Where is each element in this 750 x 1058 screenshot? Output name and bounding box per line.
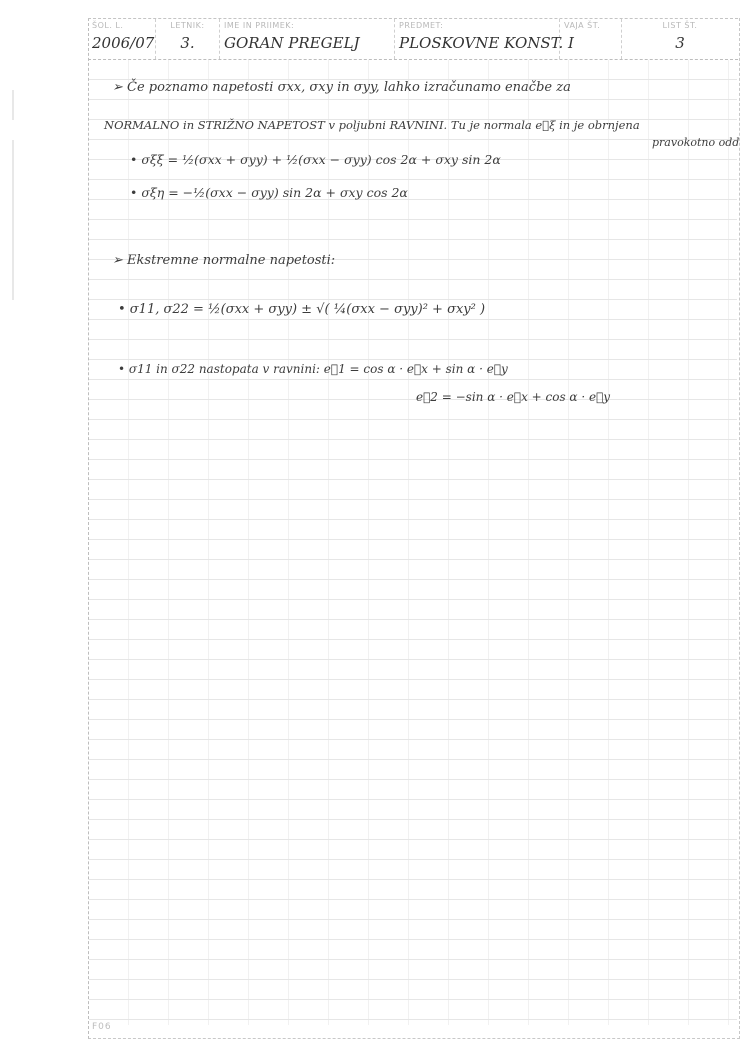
header-field-name: IME IN PRIIMEK: GORAN PREGELJ (220, 19, 395, 59)
field-value: 3 (626, 34, 734, 52)
field-value: GORAN PREGELJ (224, 34, 390, 52)
field-value: PLOSKOVNE KONST. I (399, 34, 555, 52)
note-principal-directions: • σ11 in σ22 nastopata v ravnini: e⃗1 = … (118, 362, 508, 376)
note-line: NORMALNO in STRIŽNO NAPETOST v poljubni … (104, 118, 640, 132)
header-field-exercise: VAJA ŠT. (560, 19, 622, 59)
header-field-year: LETNIK: 3. (156, 19, 220, 59)
field-label: VAJA ŠT. (564, 21, 617, 31)
note-line: ➢ Če poznamo napetosti σxx, σxy in σyy, … (112, 80, 571, 95)
form-code: F06 (92, 1022, 112, 1032)
field-label: LIST ŠT. (626, 21, 734, 31)
section-heading-extreme-stresses: ➢ Ekstremne normalne napetosti: (112, 253, 335, 268)
header-field-subject: PREDMET: PLOSKOVNE KONST. I (395, 19, 560, 59)
field-label: PREDMET: (399, 21, 555, 31)
header-table: ŠOL. L. 2006/07 LETNIK: 3. IME IN PRIIME… (88, 18, 738, 60)
formula-principal-stresses: • σ11, σ22 = ½(σxx + σyy) ± √( ¼(σxx − σ… (118, 302, 485, 317)
formula-shear-stress: • σξη = −½(σxx − σyy) sin 2α + σxy cos 2… (130, 185, 408, 200)
header-field-sheet: LIST ŠT. 3 (622, 19, 738, 59)
field-label: IME IN PRIIMEK: (224, 21, 390, 31)
field-label: LETNIK: (160, 21, 215, 31)
header-field-school-year: ŠOL. L. 2006/07 (88, 19, 156, 59)
field-label: ŠOL. L. (92, 21, 151, 31)
grid-paper (89, 60, 737, 1025)
field-value: 3. (160, 34, 215, 52)
formula-e2-direction: e⃗2 = −sin α · e⃗x + cos α · e⃗y (416, 390, 610, 404)
note-line: pravokotno odd (652, 136, 739, 149)
formula-normal-stress: • σξξ = ½(σxx + σyy) + ½(σxx − σyy) cos … (130, 152, 501, 167)
scan-margin-mark (12, 140, 14, 300)
field-value: 2006/07 (92, 34, 151, 52)
scan-margin-mark (12, 90, 14, 120)
